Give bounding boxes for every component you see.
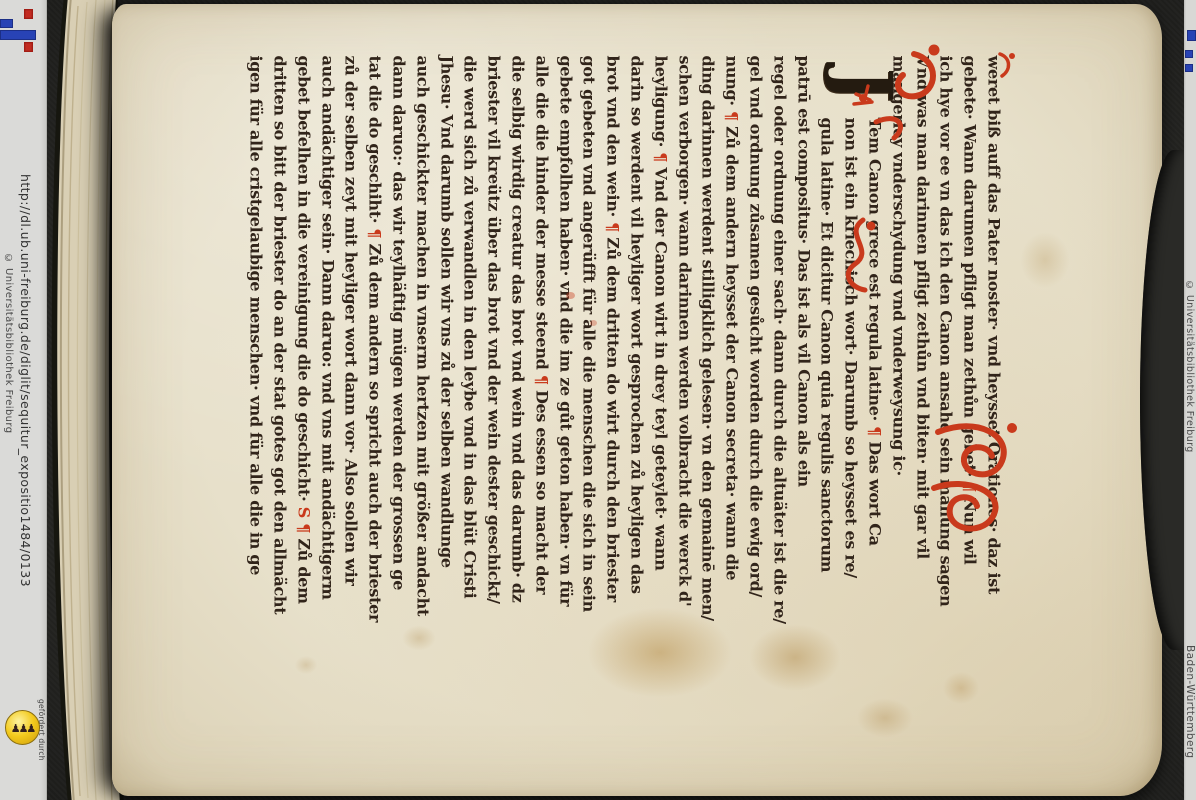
- text-line: brot vnd den wein· ¶ Zů dem dritten do w…: [600, 55, 624, 600]
- text-line: mangerley vnderschydung vnd vnderweysung…: [886, 55, 910, 600]
- registration-mark-blue: [0, 30, 36, 40]
- red-speck: [566, 292, 575, 299]
- text-line: auch geschickter machen in vnserm hertze…: [410, 55, 434, 600]
- funding-logo-figures: ♟♟♟: [11, 723, 35, 734]
- text-lines: weret biß auff das Pater noster· vnd hey…: [244, 55, 1006, 600]
- copyright-label-right: © Universitätsbibliothek Freiburg: [1184, 280, 1195, 453]
- text-line: gel vnd ordnung zůsamen gesůcht worden d…: [743, 55, 767, 600]
- text-line: nung· ¶ Zů dem andern heysset der Canon …: [719, 55, 743, 600]
- registration-mark-blue: [1185, 64, 1193, 72]
- text-line: Vnd was man darinnen pfligt zethůn vnd b…: [910, 55, 934, 600]
- registration-mark-blue: [1185, 50, 1193, 58]
- text-line: gula latine· Et dicitur Canon quia regul…: [815, 55, 839, 600]
- scan-viewport: J weret biß auff das Pater noster· vnd h…: [0, 0, 1196, 800]
- text-line: patrū est compositus· Das ist als vil Ca…: [791, 55, 815, 600]
- text-line: tat die do geschiht· ¶ Zů dem andern so …: [362, 55, 386, 600]
- text-line: schen verborgen· wann darinnen werden vo…: [672, 55, 696, 600]
- text-line: heyligung· ¶ Vnd der Canon wirt in drey …: [648, 55, 672, 600]
- text-line: auch andächtiger sein· Dann daruo: vnd v…: [315, 55, 339, 600]
- registration-mark-red: [24, 42, 33, 52]
- text-line: Tem Canon grece est regula latine· ¶ Das…: [862, 55, 886, 600]
- source-url-label: http://dl.ub.uni-freiburg.de/diglit/sequ…: [18, 174, 33, 587]
- text-line: zů der selben zeyt mit heyliger wort dan…: [339, 55, 363, 600]
- registration-mark-blue: [0, 19, 13, 28]
- text-line: darin so werdent vil heyliger wort gespr…: [624, 55, 648, 600]
- copyright-label-left: © Universitätsbibliothek Freiburg: [3, 253, 14, 434]
- text-line: briester vil kreütz über das brot vnd de…: [481, 55, 505, 600]
- funding-logo: ♟♟♟: [5, 710, 40, 745]
- text-line: dann daruo:· das wir teylhäftig mügen we…: [386, 55, 410, 600]
- frame-strip-right: © Universitätsbibliothek Freiburg Baden-…: [1184, 0, 1196, 800]
- text-line: gebete empfolhen haben· vnd die im ze gů…: [553, 55, 577, 600]
- text-line: die selbig wirdig creatur das brot vnd w…: [505, 55, 529, 600]
- text-line: igen für alle cristgelaubige menschen· v…: [244, 55, 268, 600]
- text-line: dritten so bitt der briester do an der s…: [267, 55, 291, 600]
- text-block-reading-view: J weret biß auff das Pater noster· vnd h…: [240, 55, 1005, 600]
- frame-strip-left: http://dl.ub.uni-freiburg.de/diglit/sequ…: [0, 0, 47, 800]
- registration-mark-red: [24, 9, 33, 19]
- text-line: regel oder ordnung einer sach· dann durc…: [767, 55, 791, 600]
- region-label: Baden-Württemberg: [1184, 645, 1196, 758]
- text-line: alle die die hinder der messe steend ¶ D…: [529, 55, 553, 600]
- text-line: ding darinnen werdent stilligklich geles…: [696, 55, 720, 600]
- registration-mark-blue: [1187, 30, 1196, 41]
- text-line: non ist ein kriechisch wort· Darumb so h…: [838, 55, 862, 600]
- drop-cap-initial: J: [827, 67, 901, 102]
- text-block: J weret biß auff das Pater noster· vnd h…: [240, 55, 1005, 600]
- text-line: got gebeten vnd angerüfft für alle die m…: [577, 55, 601, 600]
- red-speck: [590, 320, 597, 326]
- text-line: ich hye vor ee vn das ich den Canon ansa…: [934, 55, 958, 600]
- text-line: gebet befelhen in die vereinigung die do…: [291, 55, 315, 600]
- text-line: die werd sich zů verwandlen in den leybe…: [458, 55, 482, 600]
- text-line: gebete· Wann darumen pfligt man zethůn g…: [957, 55, 981, 600]
- text-line: weret biß auff das Pater noster· vnd hey…: [981, 55, 1005, 600]
- text-line: Jhesu· Vnd darumb sollen wir vns zů der …: [434, 55, 458, 600]
